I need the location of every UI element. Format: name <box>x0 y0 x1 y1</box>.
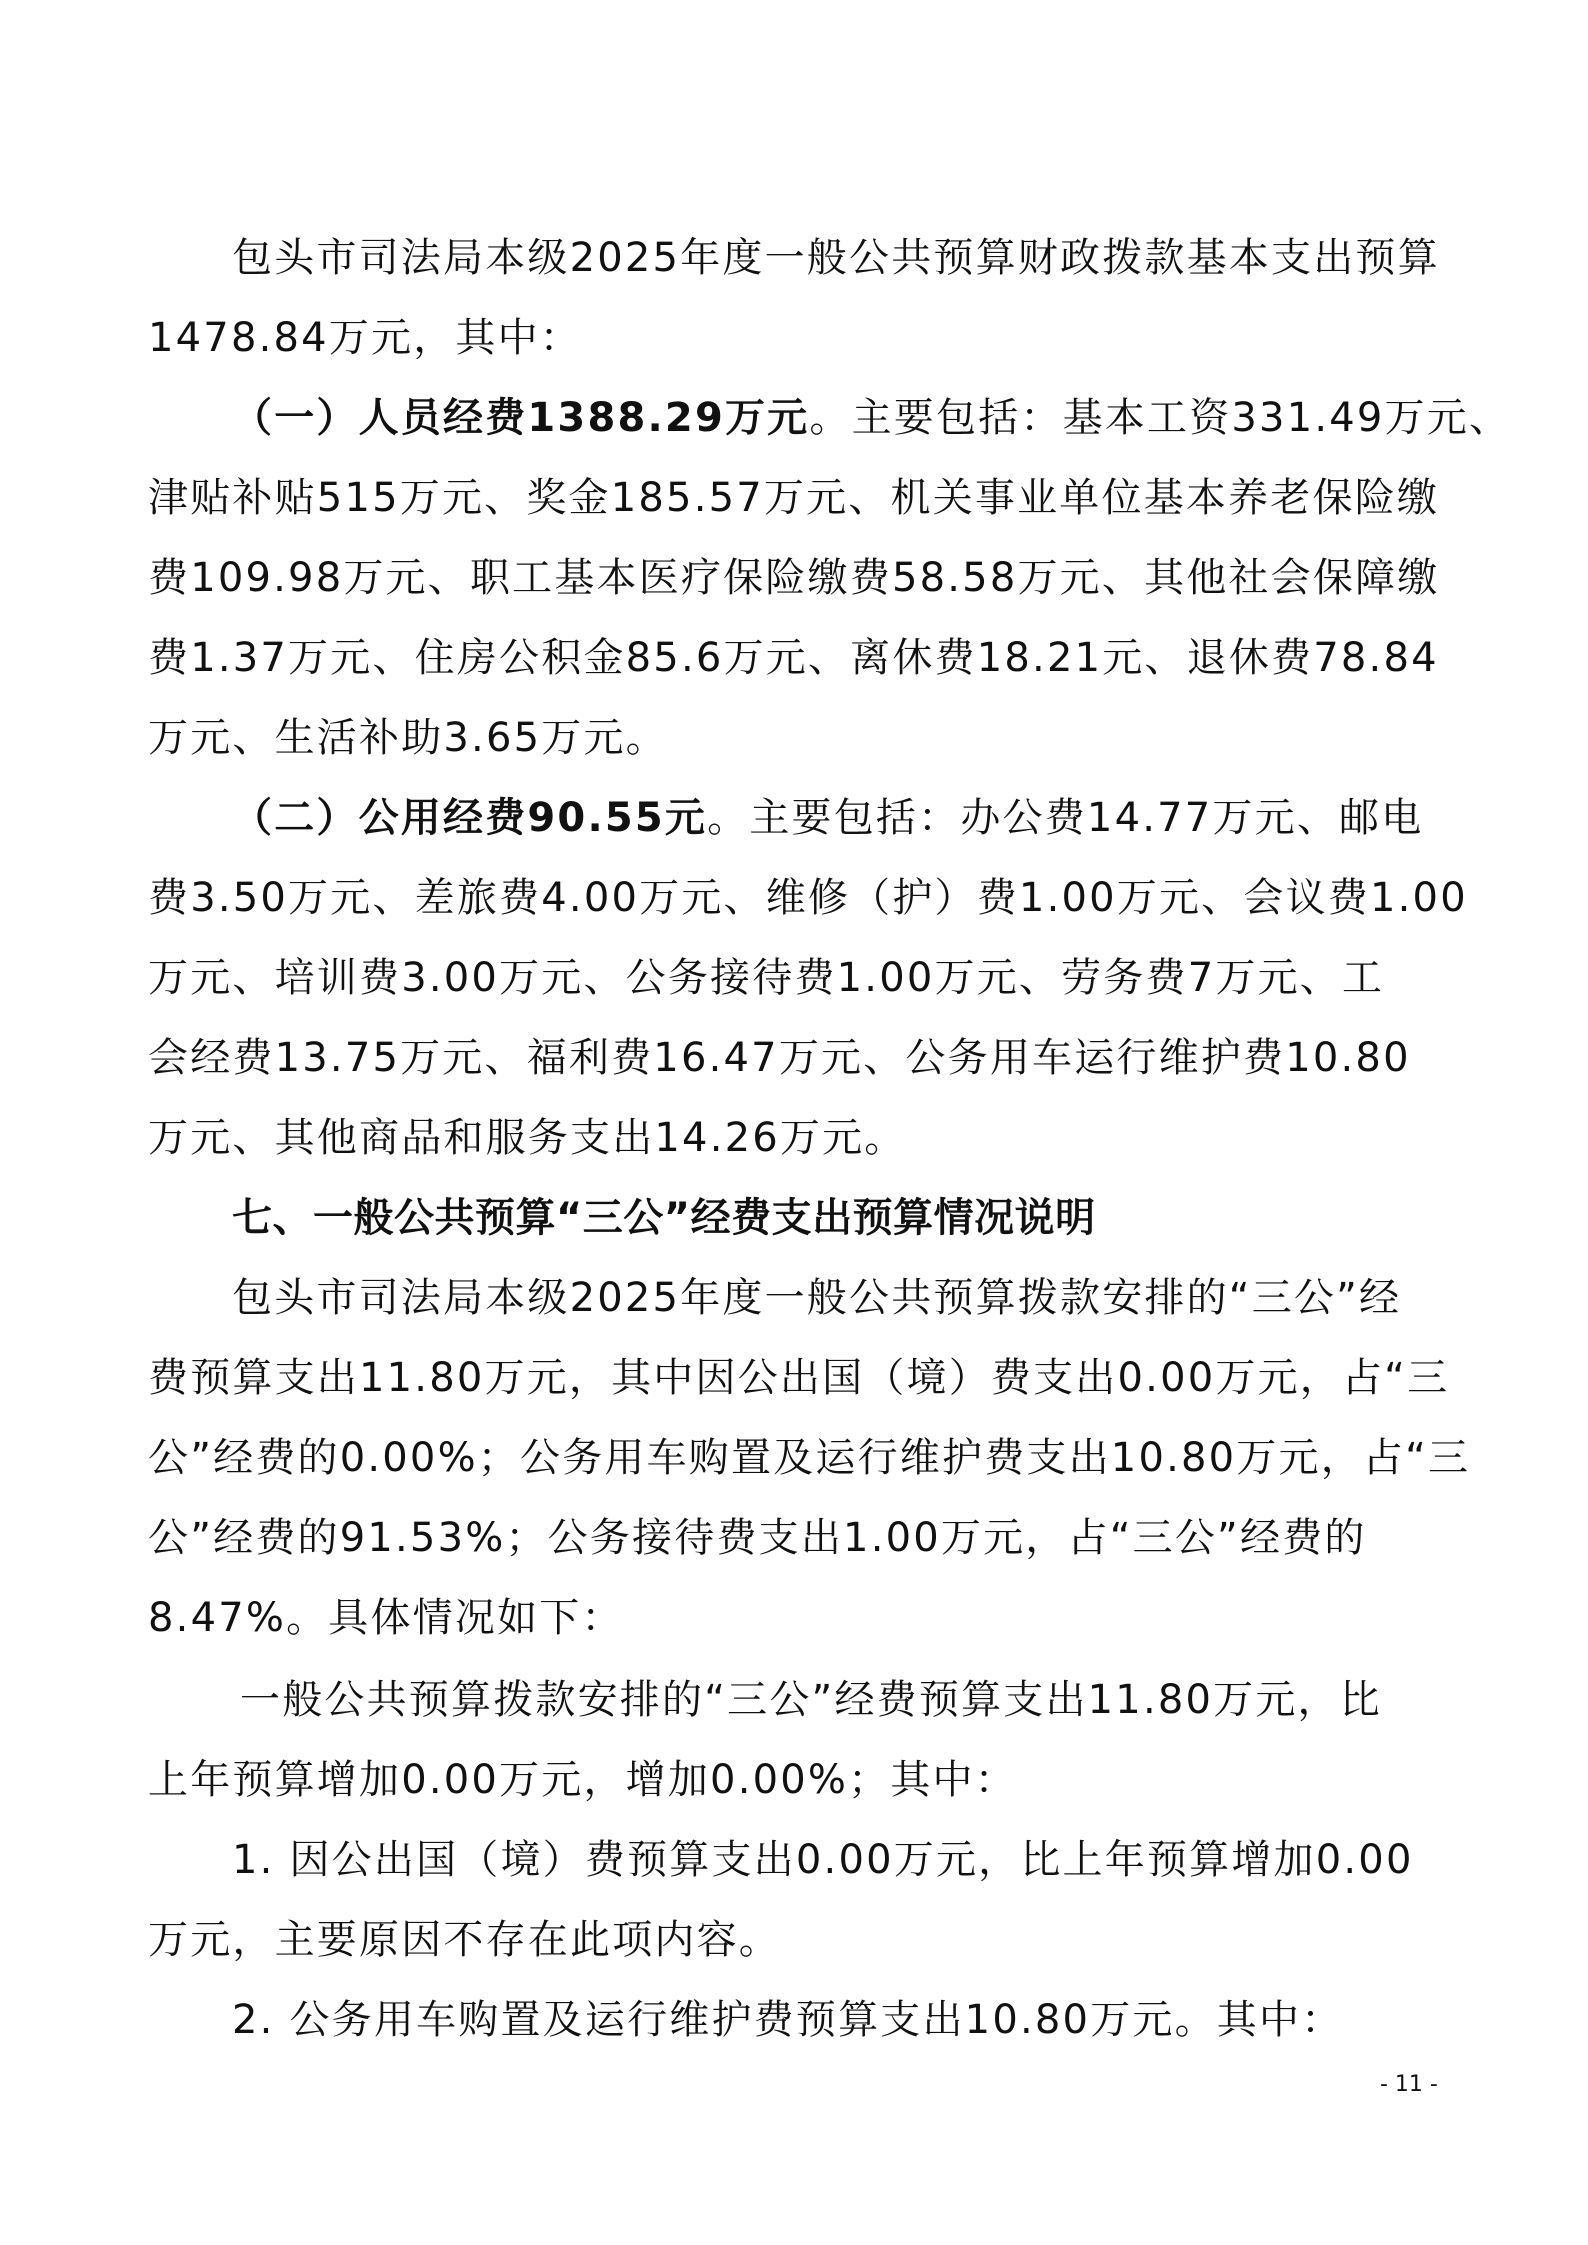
page-number: - 11 - <box>1380 2072 1438 2097</box>
section-heading-seven: 七、一般公共预算“三公”经费支出预算情况说明 <box>232 1188 1532 1248</box>
paragraph-personnel-line-2: 津贴补贴515万元、奖金185.57万元、机关事业单位基本养老保险缴 <box>148 468 1448 528</box>
personnel-expense-intro: 。主要包括：基本工资331.49万元、 <box>809 395 1511 441</box>
paragraph-comparison-line-2: 上年预算增加0.00万元，增加0.00%；其中： <box>148 1750 1448 1810</box>
document-page: 包头市司法局本级2025年度一般公共预算财政拨款基本支出预算 1478.84万元… <box>0 0 1588 2245</box>
paragraph-personnel-line-3: 费109.98万元、职工基本医疗保险缴费58.58万元、其他社会保障缴 <box>148 548 1448 608</box>
paragraph-personnel-line-5: 万元、生活补助3.65万元。 <box>148 708 1448 768</box>
paragraph-three-public-line-3: 公”经费的0.00%；公务用车购置及运行维护费支出10.80万元，占“三 <box>148 1428 1448 1488</box>
paragraph-personnel-line-4: 费1.37万元、住房公积金85.6万元、离休费18.21元、退休费78.84 <box>148 628 1448 688</box>
paragraph-three-public-line-5: 8.47%。具体情况如下： <box>148 1588 1448 1648</box>
paragraph-comparison-line-1: 一般公共预算拨款安排的“三公”经费预算支出11.80万元，比 <box>240 1670 1540 1730</box>
paragraph-personnel-line-1: （一）人员经费1388.29万元。主要包括：基本工资331.49万元、 <box>232 388 1532 448</box>
public-expense-heading: （二）公用经费90.55元 <box>232 795 707 841</box>
paragraph-basic-expenditure-line-2: 1478.84万元，其中： <box>148 308 1448 368</box>
list-item-overseas-line-1: 1. 因公出国（境）费预算支出0.00万元，比上年预算增加0.00 <box>232 1830 1532 1890</box>
paragraph-public-line-1: （二）公用经费90.55元。主要包括：办公费14.77万元、邮电 <box>232 788 1532 848</box>
paragraph-public-line-2: 费3.50万元、差旅费4.00万元、维修（护）费1.00万元、会议费1.00 <box>148 868 1448 928</box>
paragraph-three-public-line-1: 包头市司法局本级2025年度一般公共预算拨款安排的“三公”经 <box>232 1268 1532 1328</box>
paragraph-public-line-5: 万元、其他商品和服务支出14.26万元。 <box>148 1108 1448 1168</box>
paragraph-public-line-4: 会经费13.75万元、福利费16.47万元、公务用车运行维护费10.80 <box>148 1028 1448 1088</box>
paragraph-basic-expenditure-line-1: 包头市司法局本级2025年度一般公共预算财政拨款基本支出预算 <box>232 228 1532 288</box>
list-item-overseas-line-2: 万元，主要原因不存在此项内容。 <box>148 1910 1448 1970</box>
personnel-expense-heading: （一）人员经费1388.29万元 <box>232 395 809 441</box>
paragraph-three-public-line-4: 公”经费的91.53%；公务接待费支出1.00万元，占“三公”经费的 <box>148 1508 1448 1568</box>
paragraph-three-public-line-2: 费预算支出11.80万元，其中因公出国（境）费支出0.00万元，占“三 <box>148 1348 1448 1408</box>
list-item-vehicle-line-1: 2. 公务用车购置及运行维护费预算支出10.80万元。其中： <box>232 1990 1532 2050</box>
public-expense-intro: 。主要包括：办公费14.77万元、邮电 <box>707 795 1423 841</box>
paragraph-public-line-3: 万元、培训费3.00万元、公务接待费1.00万元、劳务费7万元、工 <box>148 948 1448 1008</box>
